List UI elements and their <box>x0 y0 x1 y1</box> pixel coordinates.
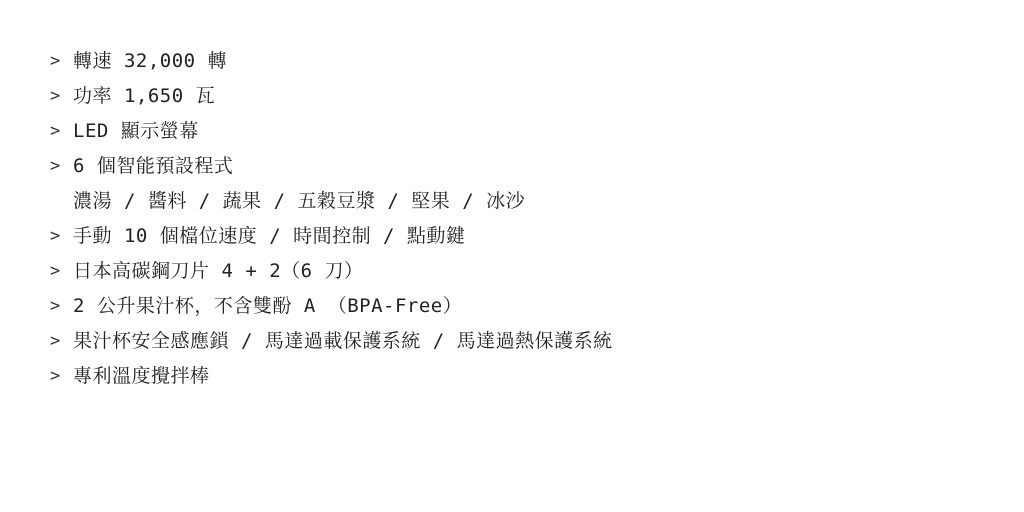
chevron-right-icon: > <box>50 79 73 114</box>
spec-item-safety: > 果汁杯安全感應鎖 / 馬達過載保護系統 / 馬達過熱保護系統 <box>50 324 613 359</box>
chevron-right-icon: > <box>50 114 73 149</box>
spec-item-blades: > 日本高碳鋼刀片 4 + 2（6 刀） <box>50 254 613 289</box>
spec-text: 濃湯 / 醬料 / 蔬果 / 五穀豆漿 / 堅果 / 冰沙 <box>73 184 525 219</box>
spec-text: 果汁杯安全感應鎖 / 馬達過載保護系統 / 馬達過熱保護系統 <box>73 324 613 359</box>
spec-item-power: > 功率 1,650 瓦 <box>50 79 613 114</box>
spec-text: 2 公升果汁杯，不含雙酚 A （BPA-Free） <box>73 289 462 324</box>
product-spec-list: > 轉速 32,000 轉 > 功率 1,650 瓦 > LED 顯示螢幕 > … <box>50 44 613 394</box>
spec-text: 轉速 32,000 轉 <box>73 44 227 79</box>
spec-text: 日本高碳鋼刀片 4 + 2（6 刀） <box>73 254 364 289</box>
spec-item-display: > LED 顯示螢幕 <box>50 114 613 149</box>
spec-text: 手動 10 個檔位速度 / 時間控制 / 點動鍵 <box>73 219 465 254</box>
chevron-right-icon: > <box>50 219 73 254</box>
spec-item-manual-control: > 手動 10 個檔位速度 / 時間控制 / 點動鍵 <box>50 219 613 254</box>
chevron-right-icon: > <box>50 289 73 324</box>
spec-text: 6 個智能預設程式 <box>73 149 233 184</box>
chevron-right-icon: > <box>50 44 73 79</box>
chevron-right-icon: > <box>50 324 73 359</box>
chevron-right-icon: > <box>50 359 73 394</box>
spec-item-preset-list: 濃湯 / 醬料 / 蔬果 / 五穀豆漿 / 堅果 / 冰沙 <box>50 184 613 219</box>
spec-text: 專利溫度攪拌棒 <box>73 359 210 394</box>
spec-item-jar: > 2 公升果汁杯，不含雙酚 A （BPA-Free） <box>50 289 613 324</box>
spec-item-tamper: > 專利溫度攪拌棒 <box>50 359 613 394</box>
spec-item-presets: > 6 個智能預設程式 <box>50 149 613 184</box>
chevron-right-icon: > <box>50 149 73 184</box>
spec-text: LED 顯示螢幕 <box>73 114 199 149</box>
spec-item-speed: > 轉速 32,000 轉 <box>50 44 613 79</box>
chevron-right-icon: > <box>50 254 73 289</box>
spec-text: 功率 1,650 瓦 <box>73 79 215 114</box>
